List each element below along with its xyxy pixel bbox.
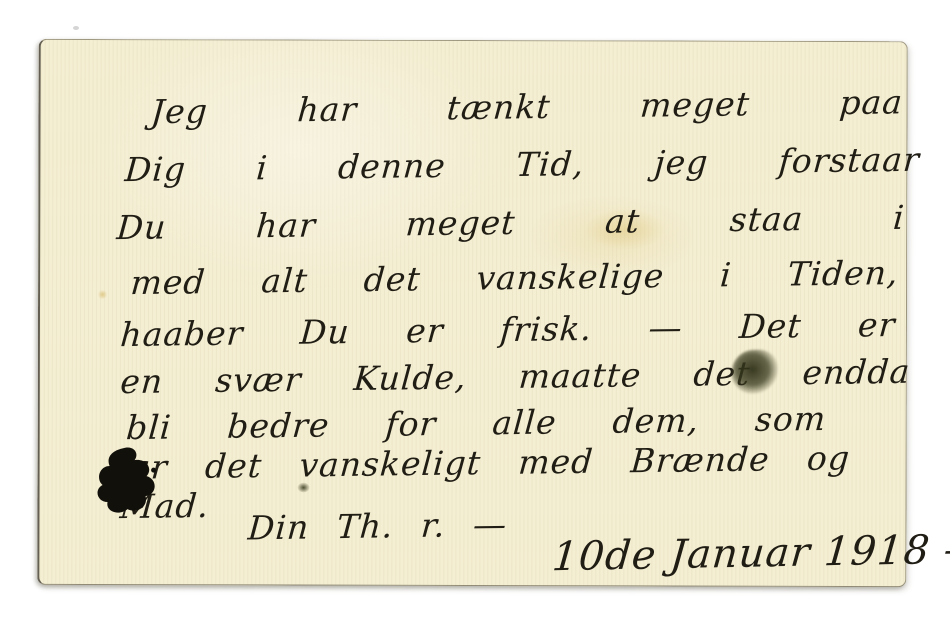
- handwriting-line-4: med alt det vanskelige i Tiden,: [129, 253, 900, 302]
- handwriting-line-3: Du har meget at staa i: [115, 198, 906, 247]
- postcard: Jeg har tænkt meget paa Dig i denne Tid,…: [37, 39, 907, 587]
- ink-speck: [298, 483, 310, 493]
- handwriting-line-2: Dig i denne Tid, jeg forstaar: [124, 140, 922, 189]
- paper-stain-dot: [98, 290, 107, 299]
- signature: Din Th. r. —: [247, 505, 509, 548]
- handwriting-line-1: Jeg har tænkt meget paa: [150, 82, 905, 131]
- handwriting-line-8: har det vanskeligt med Brænde og: [107, 438, 852, 487]
- date-line: 10de Januar 1918 —: [550, 528, 906, 581]
- dust-speck: [73, 26, 79, 30]
- scan-background: Jeg har tænkt meget paa Dig i denne Tid,…: [0, 0, 950, 619]
- ink-blot: [93, 446, 161, 516]
- handwriting-line-6: en svær Kulde, maatte det endda: [119, 352, 912, 401]
- handwriting-line-5: haaber Du er frisk. — Det er: [119, 305, 897, 354]
